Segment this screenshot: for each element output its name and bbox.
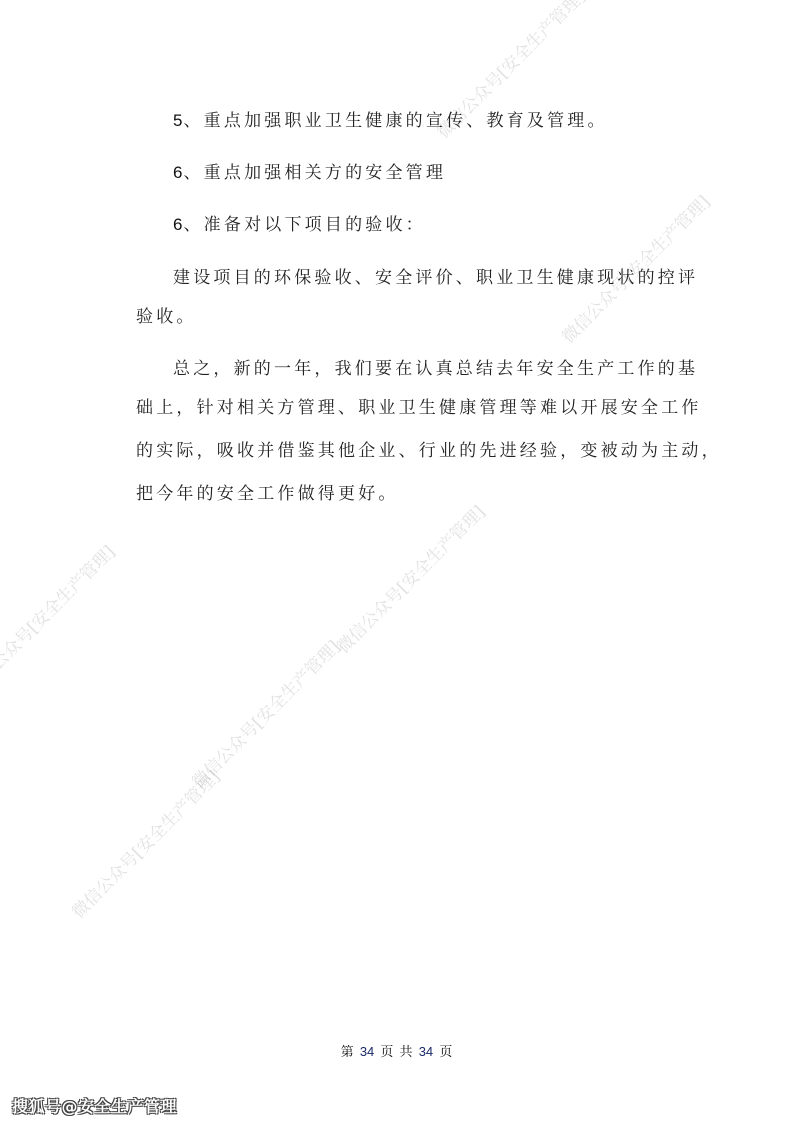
watermark: 微信公众号[安全生产管理] (185, 633, 344, 792)
watermark: 微信公众号[安全生产管理] (330, 498, 489, 657)
paragraph-line: 把今年的安全工作做得更好。 (136, 479, 399, 504)
paragraph-line: 础上，针对相关方管理、职业卫生健康管理等难以开展安全工作 (136, 393, 702, 418)
watermark: 微信公众号[安全生产管理] (65, 763, 224, 922)
list-item-text: 、重点加强相关方的安全管理 (183, 163, 446, 183)
list-item: 6、重点加强相关方的安全管理 (173, 158, 446, 183)
current-page-number: 34 (360, 1044, 374, 1059)
list-item: 5、重点加强职业卫生健康的宣传、教育及管理。 (173, 106, 608, 131)
paragraph-line: 验收。 (136, 302, 197, 327)
footer-suffix: 页 (439, 1045, 452, 1060)
page-number-footer: 第 34 页 共 34 页 (0, 1041, 793, 1060)
list-number: 5 (173, 111, 182, 130)
watermark: 微信公众号[安全生产管理] (0, 538, 119, 697)
list-item-text: 、重点加强职业卫生健康的宣传、教育及管理。 (183, 111, 607, 131)
paragraph-line: 总之，新的一年，我们要在认真总结去年安全生产工作的基 (173, 354, 698, 379)
footer-prefix: 第 (341, 1045, 354, 1060)
paragraph-line: 的实际，吸收并借鉴其他企业、行业的先进经验，变被动为主动， (136, 436, 722, 461)
paragraph-line: 建设项目的环保验收、安全评价、职业卫生健康现状的控评 (173, 263, 698, 288)
total-pages-number: 34 (419, 1044, 433, 1059)
list-item-text: 、准备对以下项目的验收： (183, 215, 425, 235)
source-label: 搜狐号@安全生产管理 (12, 1094, 177, 1117)
list-item: 6、准备对以下项目的验收： (173, 210, 426, 235)
document-page: 微信公众号[安全生产管理] 微信公众号[安全生产管理] 微信公众号[安全生产管理… (0, 0, 793, 1122)
list-number: 6 (173, 215, 182, 234)
footer-middle: 页 共 (380, 1045, 412, 1060)
list-number: 6 (173, 163, 182, 182)
